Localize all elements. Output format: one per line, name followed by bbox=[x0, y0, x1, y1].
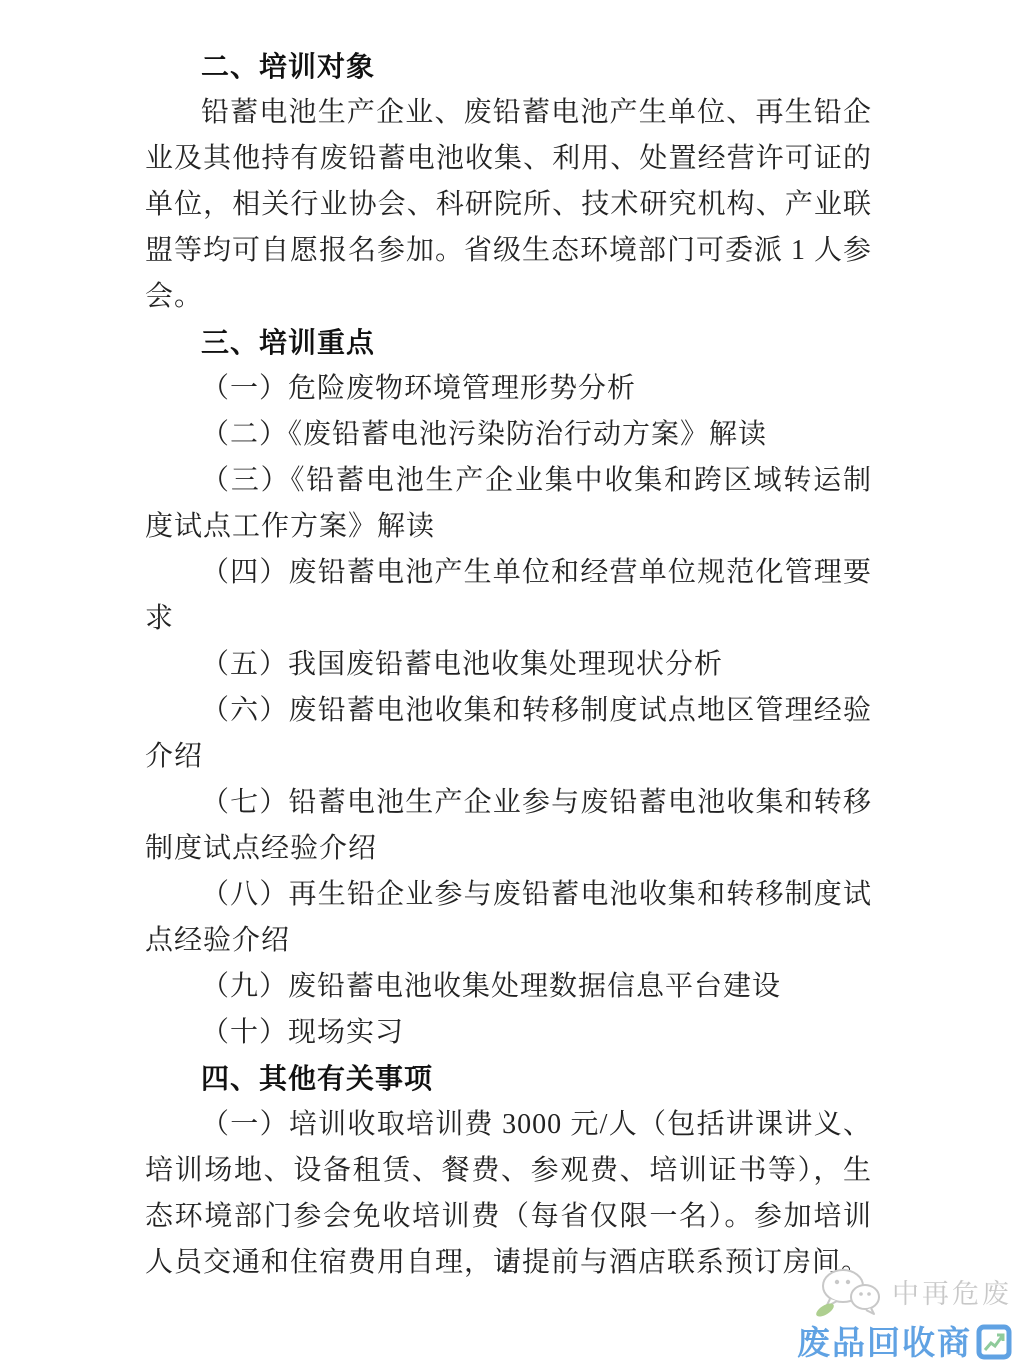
watermark: 中再危废 废品回收商 bbox=[797, 1266, 1012, 1360]
section-heading-training-focus: 三、培训重点 bbox=[145, 320, 872, 366]
section-heading-other-matters: 四、其他有关事项 bbox=[145, 1056, 872, 1102]
document-content: 二、培训对象 铅蓄电池生产企业、废铅蓄电池产生单位、再生铅企业及其他持有废铅蓄电… bbox=[145, 44, 872, 1286]
list-item-1: （一）危险废物环境管理形势分析 bbox=[145, 366, 872, 412]
document-page: 二、培训对象 铅蓄电池生产企业、废铅蓄电池产生单位、再生铅企业及其他持有废铅蓄电… bbox=[0, 0, 1014, 1362]
list-item-4: （四）废铅蓄电池产生单位和经营单位规范化管理要求 bbox=[145, 550, 872, 642]
site-name: 废品回收商 bbox=[797, 1326, 972, 1359]
list-item-8: （八）再生铅企业参与废铅蓄电池收集和转移制度试点经验介绍 bbox=[145, 872, 872, 964]
section-heading-training-targets: 二、培训对象 bbox=[145, 44, 872, 90]
list-item-7: （七）铅蓄电池生产企业参与废铅蓄电池收集和转移制度试点经验介绍 bbox=[145, 780, 872, 872]
list-item-5: （五）我国废铅蓄电池收集处理现状分析 bbox=[145, 642, 872, 688]
watermark-site-row: 废品回收商 bbox=[797, 1324, 1012, 1360]
list-item-10: （十）现场实习 bbox=[145, 1010, 872, 1056]
trend-chart-icon bbox=[976, 1324, 1012, 1360]
paragraph-training-targets: 铅蓄电池生产企业、废铅蓄电池产生单位、再生铅企业及其他持有废铅蓄电池收集、利用、… bbox=[145, 90, 872, 320]
list-item-3: （三）《铅蓄电池生产企业集中收集和跨区域转运制度试点工作方案》解读 bbox=[145, 458, 872, 550]
watermark-brand-row: 中再危废 bbox=[797, 1266, 1012, 1322]
list-item-9: （九）废铅蓄电池收集处理数据信息平台建设 bbox=[145, 964, 872, 1010]
brand-name: 中再危废 bbox=[892, 1281, 1012, 1308]
wechat-bubbles-icon bbox=[816, 1266, 884, 1322]
list-item-2: （二）《废铅蓄电池污染防治行动方案》解读 bbox=[145, 412, 872, 458]
list-item-6: （六）废铅蓄电池收集和转移制度试点地区管理经验介绍 bbox=[145, 688, 872, 780]
